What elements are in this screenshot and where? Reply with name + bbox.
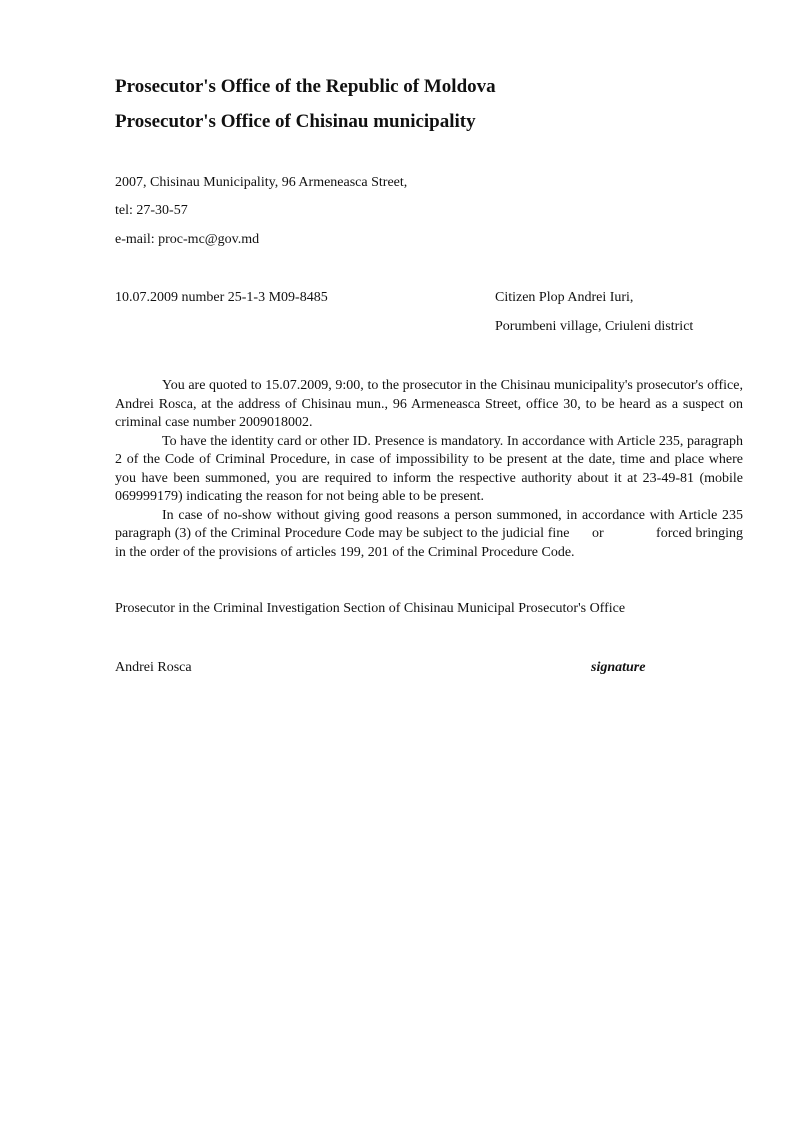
office-title: Prosecutor's Office of the Republic of M… [115,76,496,98]
recipient-address: Porumbeni village, Criuleni district [495,319,693,335]
office-phone: tel: 27-30-57 [115,203,188,219]
office-subtitle: Prosecutor's Office of Chisinau municipa… [115,111,476,133]
document-page: Prosecutor's Office of the Republic of M… [0,0,800,1132]
summons-paragraph: You are quoted to 15.07.2009, 9:00, to t… [115,377,743,433]
summons-body: You are quoted to 15.07.2009, 9:00, to t… [115,377,743,562]
office-email: e-mail: proc-mc@gov.md [115,232,259,248]
signer-name: Andrei Rosca [115,660,192,676]
office-address: 2007, Chisinau Municipality, 96 Armeneas… [115,175,407,191]
recipient-name: Citizen Plop Andrei Iuri, [495,290,633,306]
signer-position: Prosecutor in the Criminal Investigation… [115,601,625,617]
summons-paragraph: To have the identity card or other ID. P… [115,433,743,507]
reference-number: 10.07.2009 number 25-1-3 M09-8485 [115,290,328,306]
signature-label: signature [591,660,645,676]
summons-paragraph: In case of no-show without giving good r… [115,507,743,563]
